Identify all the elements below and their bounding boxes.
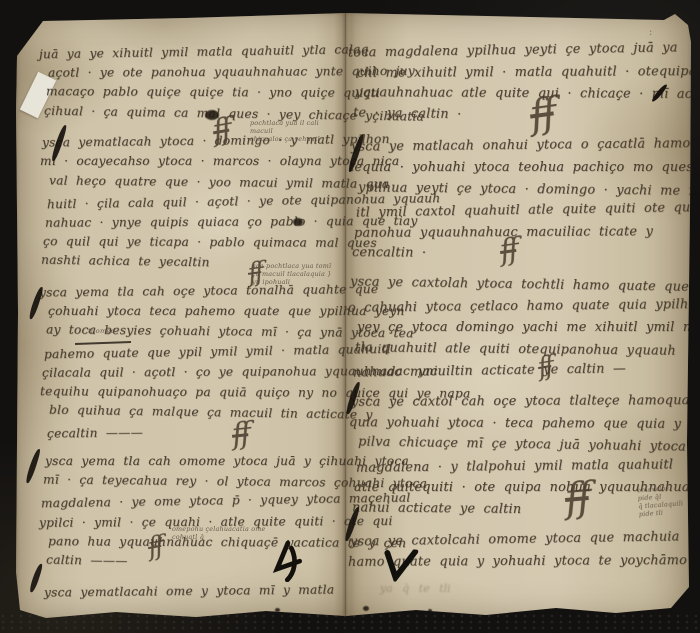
manuscript-line: nahui acticate ye caltin <box>352 502 677 527</box>
manuscript-paragraph: ysca yema tla cah oçe ytoca tonalhā quah… <box>44 285 340 447</box>
paragraph-stroke-icon <box>29 563 44 593</box>
correction-note: tilomed <box>88 327 115 335</box>
check-mark-icon <box>381 546 418 583</box>
ink-blot <box>205 110 219 120</box>
manuscript-paragraph: ysca ye caxtolah ytoca tochtli hamo quat… <box>353 279 678 387</box>
paragraph-stroke-icon <box>25 448 41 484</box>
table-texture <box>0 614 700 633</box>
show-through-text: ya q̄ te tli <box>380 583 451 594</box>
manuscript-paragraph: juā ya ye xihuitl ymil matla quahuitl yt… <box>44 46 340 127</box>
manuscript-line: nahuac macuiltin acticate ye caltin — <box>353 363 678 390</box>
ink-blot <box>275 608 280 612</box>
manuscript-line: mī · ocayecahso ytoca · marcos · olayna … <box>40 155 336 175</box>
interlinear-note: pochtlaca yua il cali macuil chicualos ç… <box>250 119 342 143</box>
manuscript-line: ysca yematlacahi ome y ytoca mī y matla <box>44 583 340 606</box>
ink-blot <box>293 218 303 226</box>
rubric-mark: ff <box>527 93 556 136</box>
folio-mark: : <box>649 28 652 38</box>
flourish-mark-icon <box>267 539 308 584</box>
manuscript-line: çecaltin ——— <box>47 425 343 448</box>
ink-blot <box>428 609 432 613</box>
interlinear-note: omepohu çelahuacatia ome cohuatl q̄ <box>172 525 282 541</box>
right-page-text: toca magdalena ypilhua yeyti çe ytoca ju… <box>353 45 678 587</box>
ink-blot <box>363 606 369 611</box>
manuscript-paragraph: ysca yematlacah ytoca · domingo · y matl… <box>44 135 340 276</box>
rubric-mark: ff <box>230 419 249 451</box>
margin-note: omaxelos pide q̄l q̄ tlacalaquili pide t… <box>637 482 700 519</box>
manuscript-spread: juā ya ye xihuitl ymil matla quahuitl yt… <box>16 12 692 620</box>
manuscript-paragraph: toca magdalena ypilhua yeyti çe ytoca ju… <box>353 45 678 131</box>
manuscript-paragraph: ysca ye caxtol cah oçe ytoca tlalteçe ha… <box>353 396 678 526</box>
rubric-mark: ff <box>563 477 590 519</box>
manuscript-paragraph: ysca yematlacahi ome y ytoca mī y matla <box>44 585 340 605</box>
manuscript-line: te · ya caltin · <box>353 107 678 134</box>
interlinear-note: aca pochtlaca yua tomī ça macuil tlacala… <box>252 262 342 286</box>
photo-background: juā ya ye xihuitl ymil matla quahuitl yt… <box>0 0 700 633</box>
